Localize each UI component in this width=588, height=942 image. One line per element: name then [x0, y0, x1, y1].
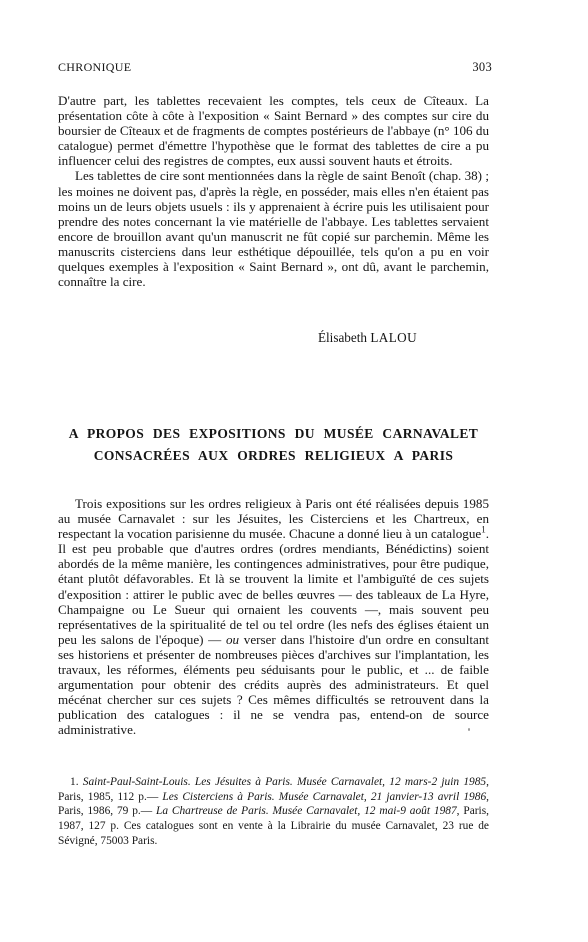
- footnote-1: 1. Saint-Paul-Saint-Louis. Les Jésuites …: [58, 775, 489, 849]
- body-segment: verser dans l'histoire d'un ordre en con…: [58, 632, 489, 738]
- journal-page: CHRONIQUE 303 D'autre part, les tablette…: [0, 0, 588, 942]
- article-body: Trois expositions sur les ordres religie…: [58, 496, 489, 738]
- article-title-line-2: CONSACRÉES AUX ORDRES RELIGIEUX A PARIS: [58, 445, 489, 467]
- footnote-title-jesuites: Saint-Paul-Saint-Louis. Les Jésuites à P…: [83, 776, 486, 788]
- author-signature: Élisabeth LALOU: [58, 330, 417, 346]
- body-segment: . Il est peu probable que d'autres ordre…: [58, 526, 489, 647]
- footnote-title-cisterciens: Les Cisterciens à Paris. Musée Carnavale…: [162, 791, 486, 803]
- page-number: 303: [472, 60, 492, 75]
- scan-artifact-dot: [468, 728, 470, 731]
- chronique-section: D'autre part, les tablettes recevaient l…: [58, 93, 489, 289]
- body-italic-word: ou: [226, 632, 239, 647]
- footnote-number: 1.: [70, 776, 83, 788]
- author-last-name: LALOU: [370, 330, 417, 345]
- author-first-name: Élisabeth: [318, 330, 370, 345]
- article-title: A PROPOS DES EXPOSITIONS DU MUSÉE CARNAV…: [58, 423, 489, 467]
- running-header-title: CHRONIQUE: [58, 60, 131, 75]
- body-segment: Trois expositions sur les ordres religie…: [58, 496, 489, 541]
- footnote-title-chartreuse: La Chartreuse de Paris. Musée Carnavalet…: [156, 805, 457, 817]
- paragraph-regle-saint-benoit: Les tablettes de cire sont mentionnées d…: [58, 168, 489, 289]
- paragraph-trois-expositions: Trois expositions sur les ordres religie…: [58, 496, 489, 738]
- article-title-line-1: A PROPOS DES EXPOSITIONS DU MUSÉE CARNAV…: [58, 423, 489, 445]
- running-header: CHRONIQUE 303: [58, 60, 492, 75]
- footnote-block: 1. Saint-Paul-Saint-Louis. Les Jésuites …: [58, 775, 489, 849]
- paragraph-tablettes-comptes: D'autre part, les tablettes recevaient l…: [58, 93, 489, 168]
